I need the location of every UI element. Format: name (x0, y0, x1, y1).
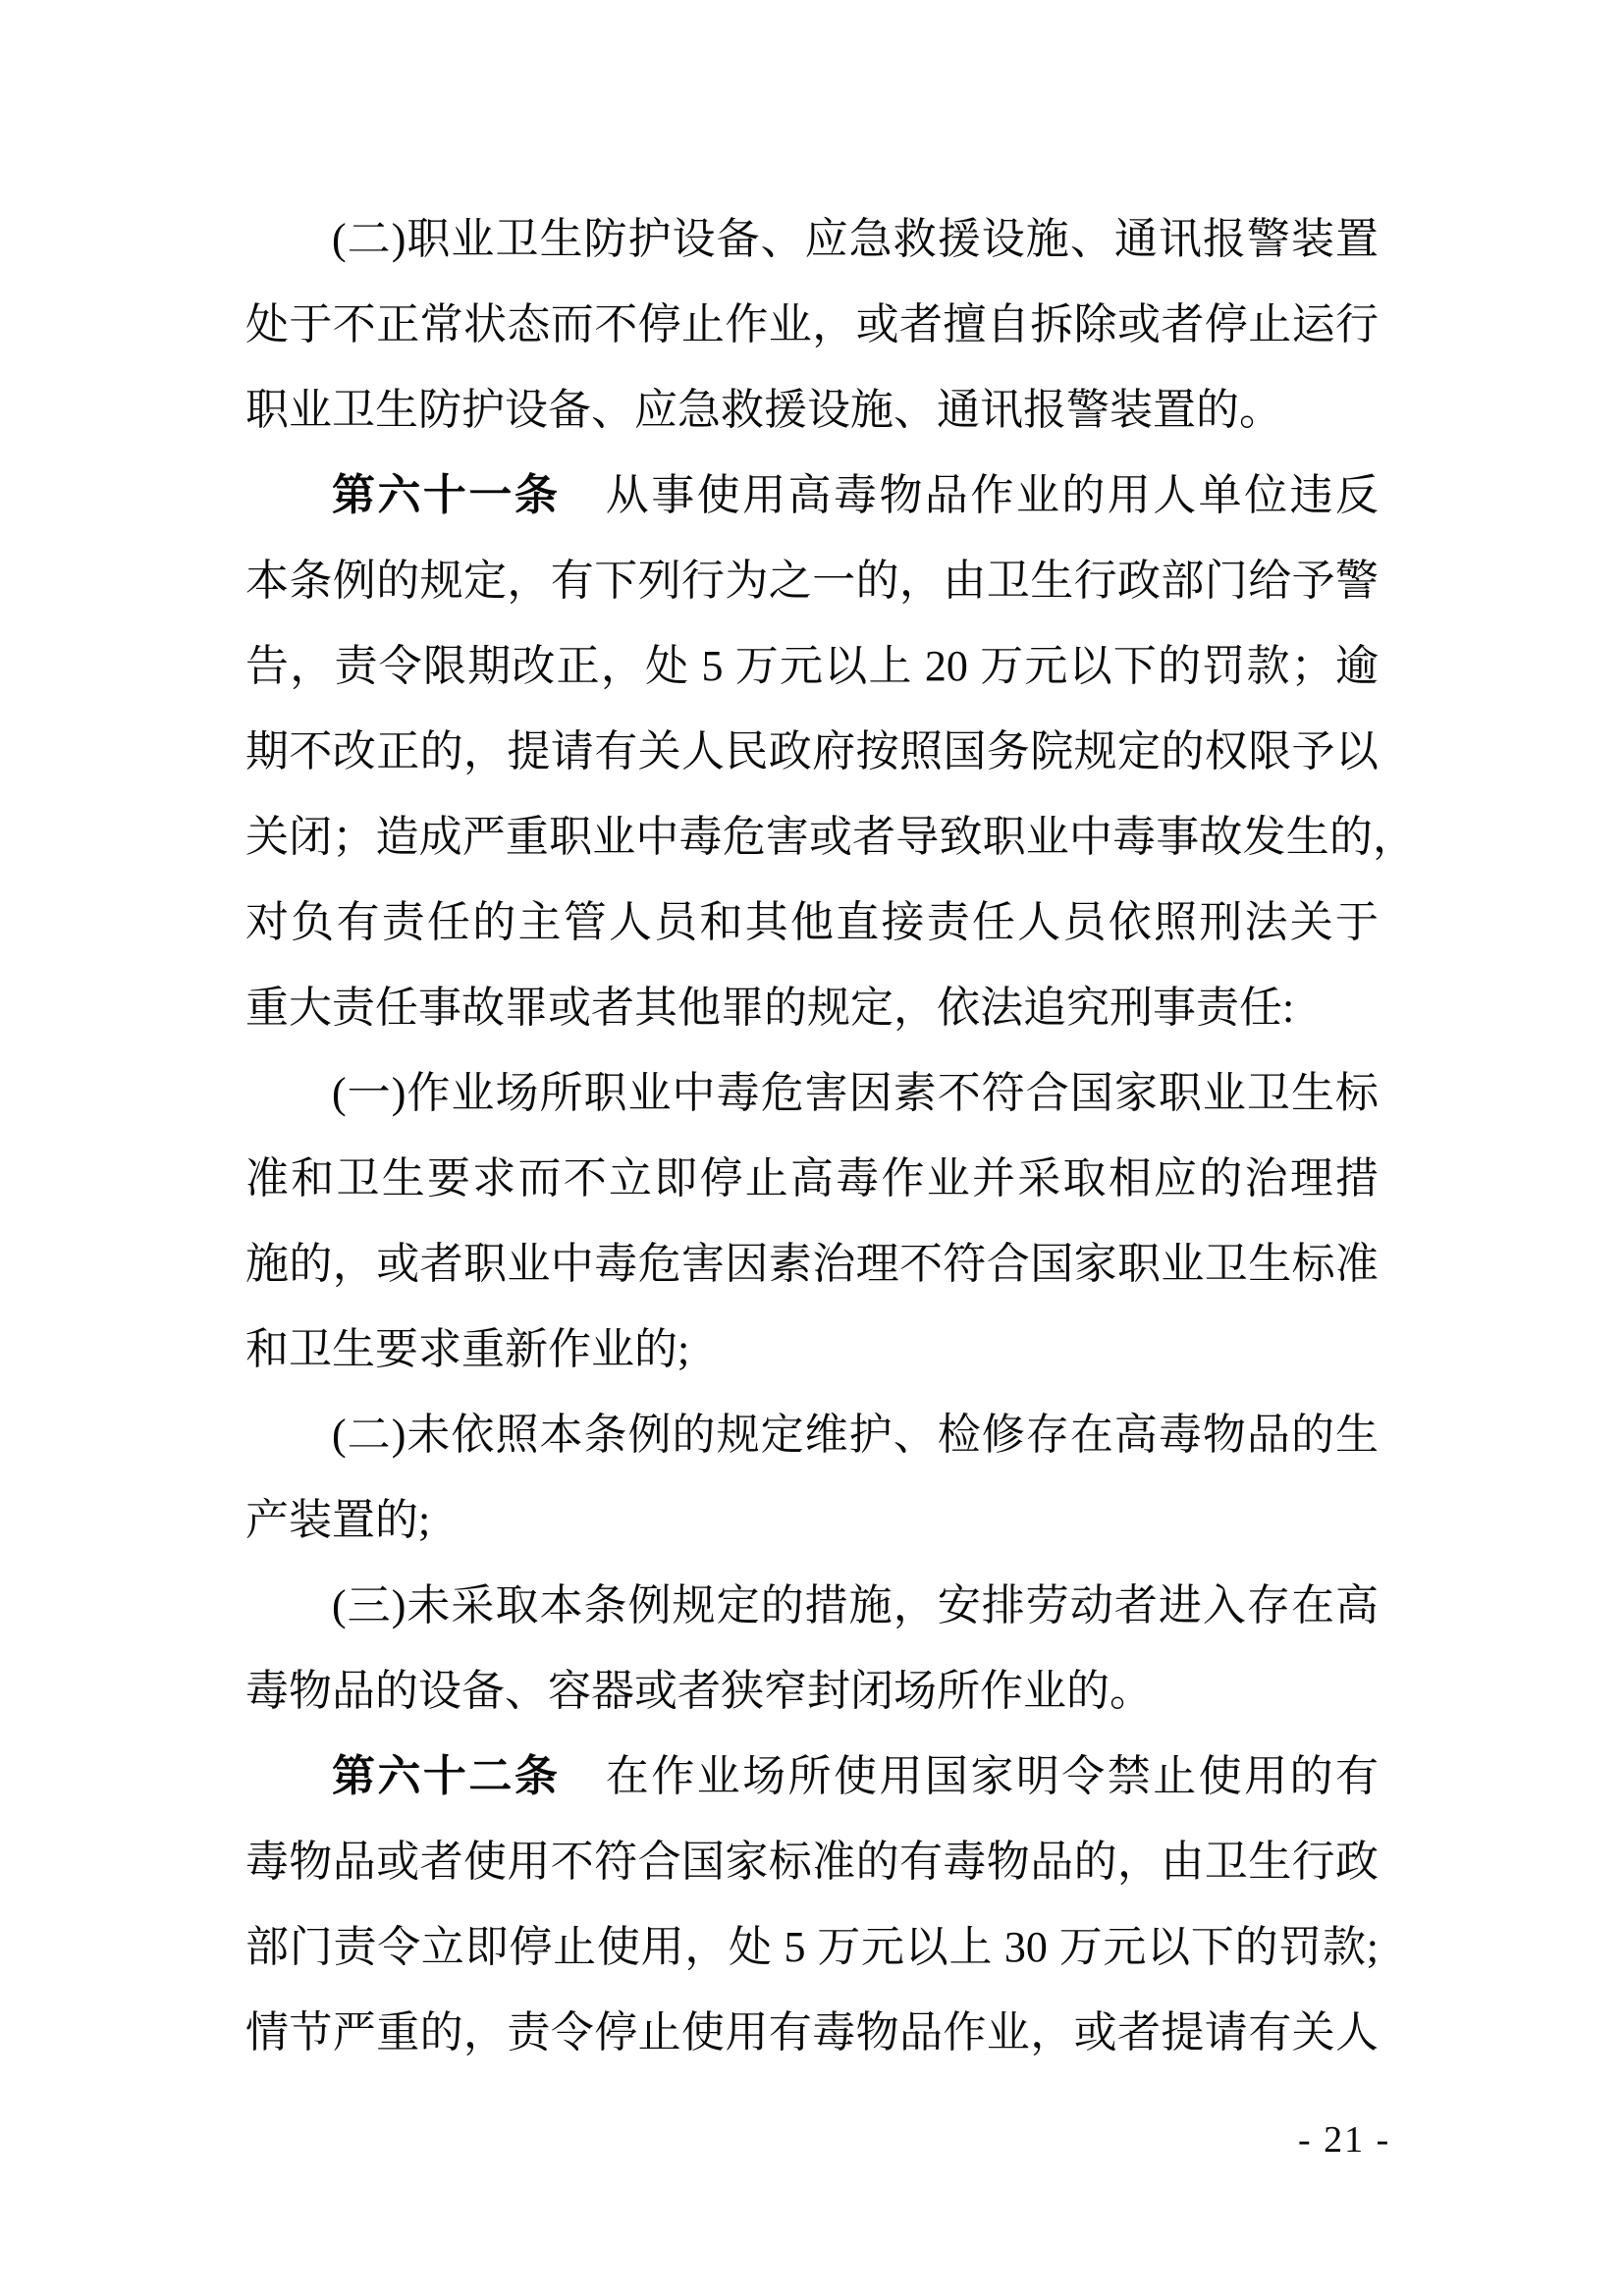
text-line: 对负有责任的主管人员和其他直接责任人员依照刑法关于 (245, 880, 1379, 965)
text-line: 准和卫生要求而不立即停止高毒作业并采取相应的治理措 (245, 1136, 1379, 1221)
text-line: 关闭；造成严重职业中毒危害或者导致职业中毒事故发生的， (245, 794, 1416, 880)
line-text: (二)职业卫生防护设备、应急救援设施、通讯报警装置 (332, 215, 1379, 263)
text-line: 告，责令限期改正，处 5 万元以上 20 万元以下的罚款；逾 (245, 623, 1379, 709)
text-line: 情节严重的，责令停止使用有毒物品作业，或者提请有关人 (245, 1990, 1379, 2075)
article-number: 第六十二条 (332, 1752, 560, 1800)
text-line: 本条例的规定，有下列行为之一的，由卫生行政部门给予警 (245, 538, 1379, 623)
text-line: 重大责任事故罪或者其他罪的规定，依法追究刑事责任: (245, 965, 1379, 1050)
text-line: 第六十一条 从事使用高毒物品作业的用人单位违反 (245, 453, 1379, 538)
line-text: 本条例的规定，有下列行为之一的，由卫生行政部门给予警 (245, 557, 1379, 605)
line-text: 从事使用高毒物品作业的用人单位违反 (560, 471, 1379, 519)
text-line: (二)未依照本条例的规定维护、检修存在高毒物品的生 (245, 1392, 1379, 1477)
line-text: 职业卫生防护设备、应急救援设施、通讯报警装置的。 (245, 386, 1282, 434)
text-line: 职业卫生防护设备、应急救援设施、通讯报警装置的。 (245, 367, 1379, 453)
line-text: (一)作业场所职业中毒危害因素不符合国家职业卫生标 (332, 1069, 1379, 1117)
text-line: 处于不正常状态而不停止作业，或者擅自拆除或者停止运行 (245, 282, 1379, 367)
line-text: 期不改正的，提请有关人民政府按照国务院规定的权限予以 (245, 727, 1379, 775)
line-text: 产装置的; (245, 1496, 430, 1544)
line-text: 处于不正常状态而不停止作业，或者擅自拆除或者停止运行 (245, 300, 1379, 348)
text-line: (一)作业场所职业中毒危害因素不符合国家职业卫生标 (245, 1050, 1379, 1136)
text-line: 毒物品或者使用不符合国家标准的有毒物品的，由卫生行政 (245, 1819, 1379, 1904)
text-line: 和卫生要求重新作业的; (245, 1307, 1379, 1392)
text-line: 部门责令立即停止使用，处 5 万元以上 30 万元以下的罚款; (245, 1904, 1379, 1990)
line-text: 施的，或者职业中毒危害因素治理不符合国家职业卫生标准 (245, 1240, 1379, 1288)
line-text: 部门责令立即停止使用，处 5 万元以上 30 万元以下的罚款; (245, 1923, 1379, 1971)
line-text: 准和卫生要求而不立即停止高毒作业并采取相应的治理措 (245, 1154, 1379, 1202)
text-line: 毒物品的设备、容器或者狭窄封闭场所作业的。 (245, 1648, 1379, 1734)
text-line: 施的，或者职业中毒危害因素治理不符合国家职业卫生标准 (245, 1221, 1379, 1307)
line-text: 和卫生要求重新作业的; (245, 1325, 689, 1373)
page-number: - 21 - (1298, 2118, 1390, 2162)
line-text: 告，责令限期改正，处 5 万元以上 20 万元以下的罚款；逾 (245, 642, 1379, 690)
article-number: 第六十一条 (332, 471, 560, 519)
text-line: 产装置的; (245, 1477, 1379, 1563)
text-line: 期不改正的，提请有关人民政府按照国务院规定的权限予以 (245, 709, 1379, 794)
line-text: (二)未依照本条例的规定维护、检修存在高毒物品的生 (332, 1411, 1379, 1459)
line-text: 关闭；造成严重职业中毒危害或者导致职业中毒事故发生的， (245, 813, 1416, 861)
line-text: 对负有责任的主管人员和其他直接责任人员依照刑法关于 (245, 898, 1379, 946)
text-line: (二)职业卫生防护设备、应急救援设施、通讯报警装置 (245, 196, 1379, 282)
document-page-text: (二)职业卫生防护设备、应急救援设施、通讯报警装置 处于不正常状态而不停止作业，… (245, 196, 1379, 2075)
text-line: (三)未采取本条例规定的措施，安排劳动者进入存在高 (245, 1563, 1379, 1648)
line-text: 情节严重的，责令停止使用有毒物品作业，或者提请有关人 (245, 2008, 1379, 2056)
line-text: 重大责任事故罪或者其他罪的规定，依法追究刑事责任: (245, 984, 1294, 1032)
text-line: 第六十二条 在作业场所使用国家明令禁止使用的有 (245, 1734, 1379, 1819)
line-text: 毒物品或者使用不符合国家标准的有毒物品的，由卫生行政 (245, 1838, 1379, 1886)
line-text: 毒物品的设备、容器或者狭窄封闭场所作业的。 (245, 1667, 1153, 1715)
line-text: 在作业场所使用国家明令禁止使用的有 (560, 1752, 1379, 1800)
line-text: (三)未采取本条例规定的措施，安排劳动者进入存在高 (332, 1581, 1379, 1629)
